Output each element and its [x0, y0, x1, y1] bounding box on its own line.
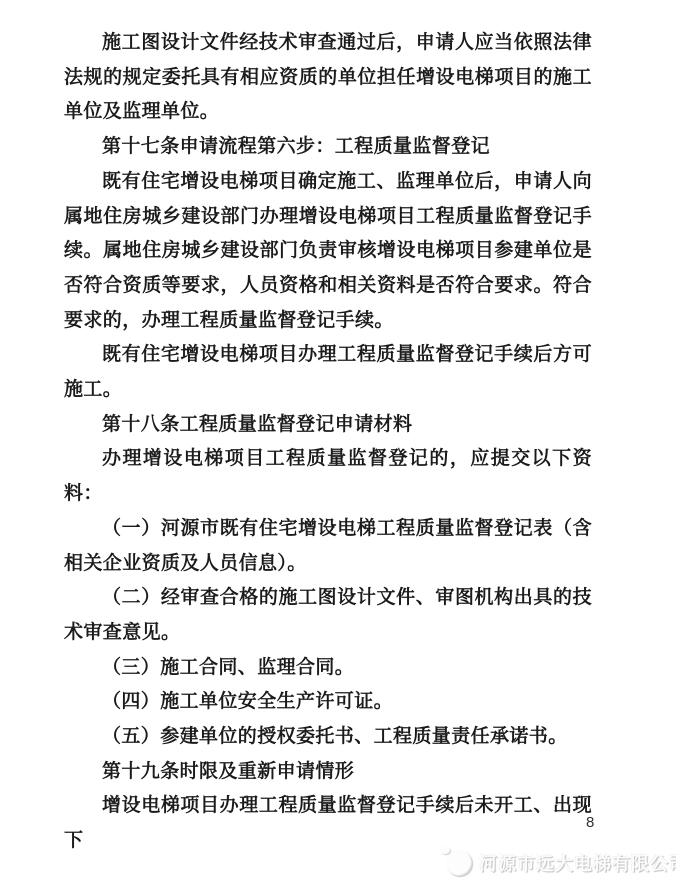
- company-name: 河源市远大电梯有限公司: [479, 850, 676, 876]
- company-watermark: 河源市远大电梯有限公司: [446, 850, 676, 876]
- paragraph: 施工图设计文件经技术审查通过后，申请人应当依照法律法规的规定委托具有相应资质的单…: [64, 26, 592, 130]
- page-number: 8: [586, 814, 594, 831]
- document-body: 施工图设计文件经技术审查通过后，申请人应当依照法律法规的规定委托具有相应资质的单…: [64, 26, 592, 859]
- list-item: （五）参建单位的授权委托书、工程质量责任承诺书。: [64, 720, 592, 755]
- list-item: （四）施工单位安全生产许可证。: [64, 685, 592, 720]
- list-item: （二）经审查合格的施工图设计文件、审图机构出具的技术审查意见。: [64, 581, 592, 650]
- company-logo-icon: [446, 850, 472, 876]
- section-heading: 第十九条时限及重新申请情形: [64, 755, 592, 790]
- section-heading: 第十七条申请流程第六步：工程质量监督登记: [64, 130, 592, 165]
- paragraph: 既有住宅增设电梯项目办理工程质量监督登记手续后方可施工。: [64, 338, 592, 407]
- list-item: （一）河源市既有住宅增设电梯工程质量监督登记表（含相关企业资质及人员信息）。: [64, 512, 592, 581]
- list-item: （三）施工合同、监理合同。: [64, 651, 592, 686]
- paragraph: 既有住宅增设电梯项目确定施工、监理单位后，申请人向属地住房城乡建设部门办理增设电…: [64, 165, 592, 339]
- section-heading: 第十八条工程质量监督登记申请材料: [64, 408, 592, 443]
- document-page: 施工图设计文件经技术审查通过后，申请人应当依照法律法规的规定委托具有相应资质的单…: [0, 0, 676, 895]
- paragraph: 办理增设电梯项目工程质量监督登记的，应提交以下资料：: [64, 442, 592, 511]
- paragraph: 增设电梯项目办理工程质量监督登记手续后未开工、出现下: [64, 789, 592, 858]
